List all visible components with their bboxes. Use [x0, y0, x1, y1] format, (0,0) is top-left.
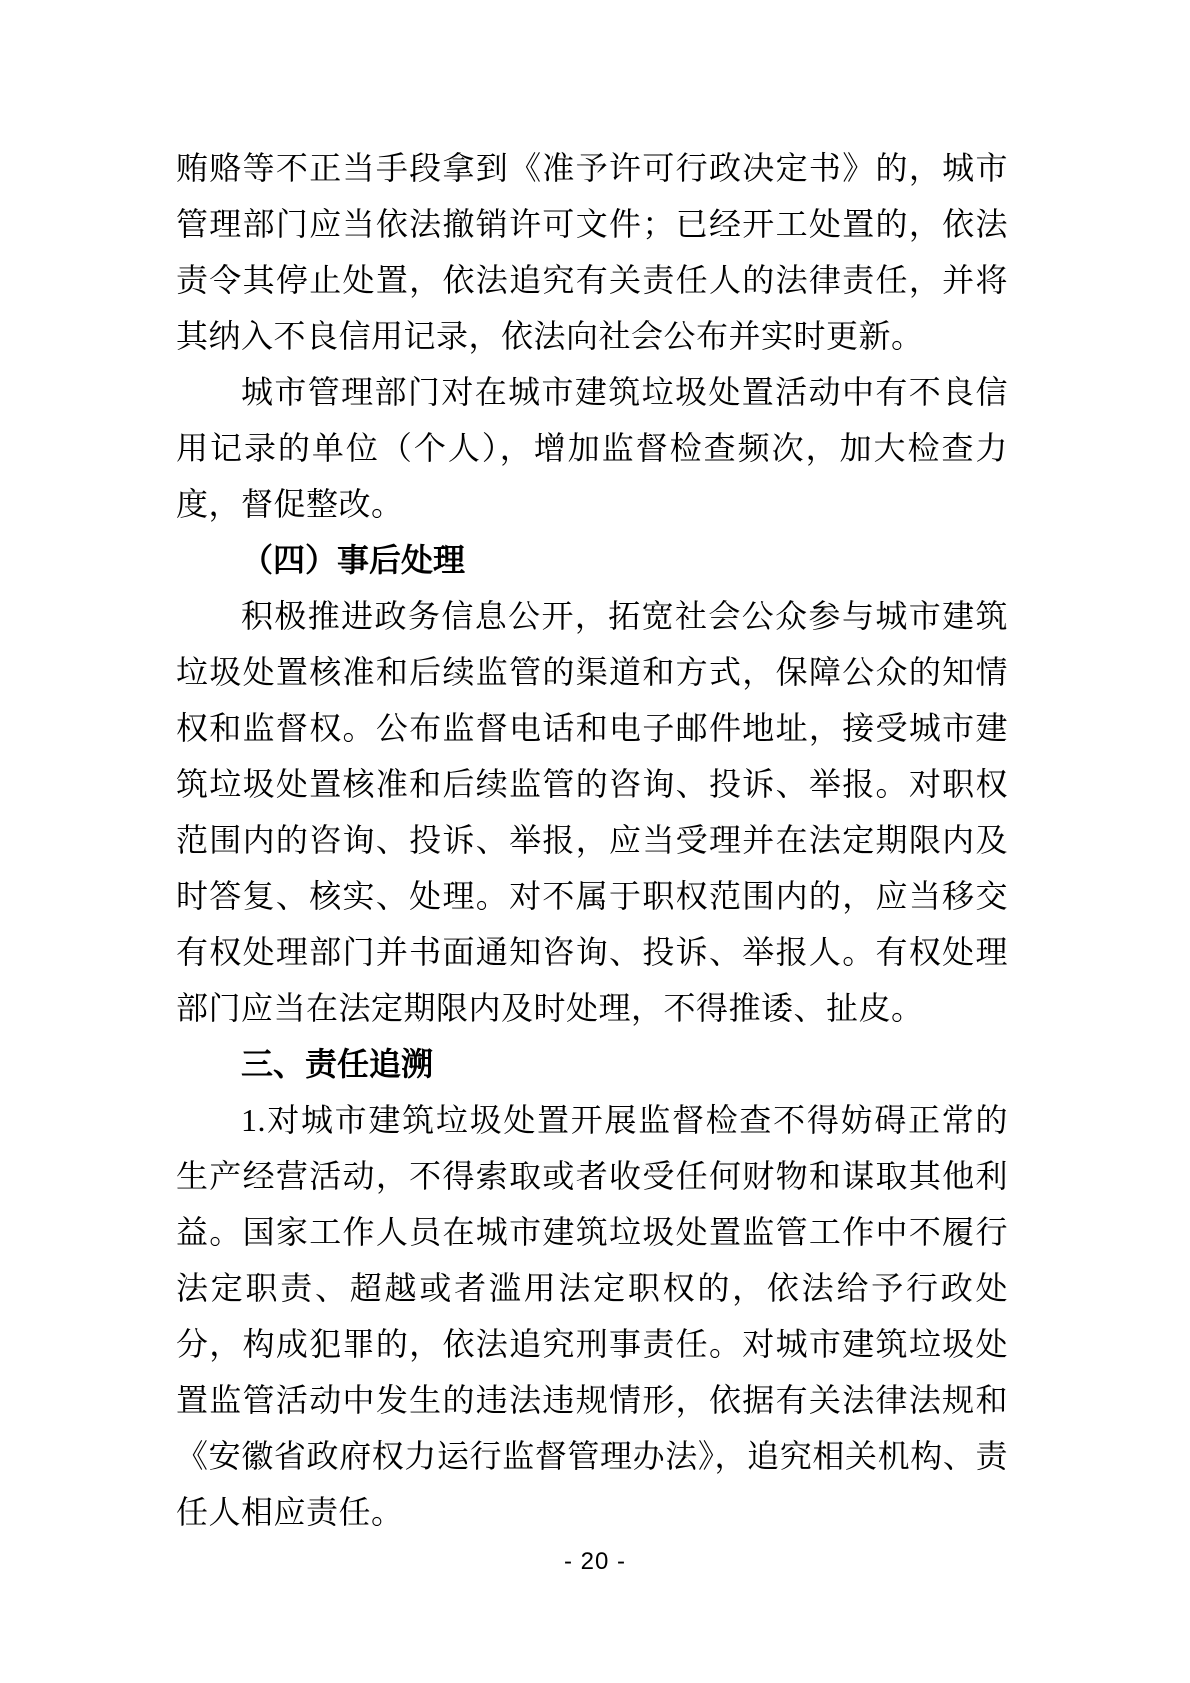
paragraph-penalty-revocation: 贿赂等不正当手段拿到《准予许可行政决定书》的，城市管理部门应当依法撤销许可文件；…	[176, 140, 1008, 364]
document-page: 贿赂等不正当手段拿到《准予许可行政决定书》的，城市管理部门应当依法撤销许可文件；…	[0, 0, 1190, 1683]
paragraph-bad-credit-records: 城市管理部门对在城市建筑垃圾处置活动中有不良信用记录的单位（个人），增加监督检查…	[176, 364, 1008, 532]
document-body: 贿赂等不正当手段拿到《准予许可行政决定书》的，城市管理部门应当依法撤销许可文件；…	[176, 140, 1008, 1540]
page-number: - 20 -	[564, 1548, 626, 1575]
sub-heading-post-event-handling: （四）事后处理	[176, 532, 1008, 588]
paragraph-supervision-rules: 1.对城市建筑垃圾处置开展监督检查不得妨碍正常的生产经营活动，不得索取或者收受任…	[176, 1092, 1008, 1540]
paragraph-information-disclosure: 积极推进政务信息公开，拓宽社会公众参与城市建筑垃圾处置核准和后续监管的渠道和方式…	[176, 588, 1008, 1036]
page-footer: - 20 -	[0, 1548, 1190, 1576]
section-heading-responsibility-tracing: 三、责任追溯	[176, 1036, 1008, 1092]
